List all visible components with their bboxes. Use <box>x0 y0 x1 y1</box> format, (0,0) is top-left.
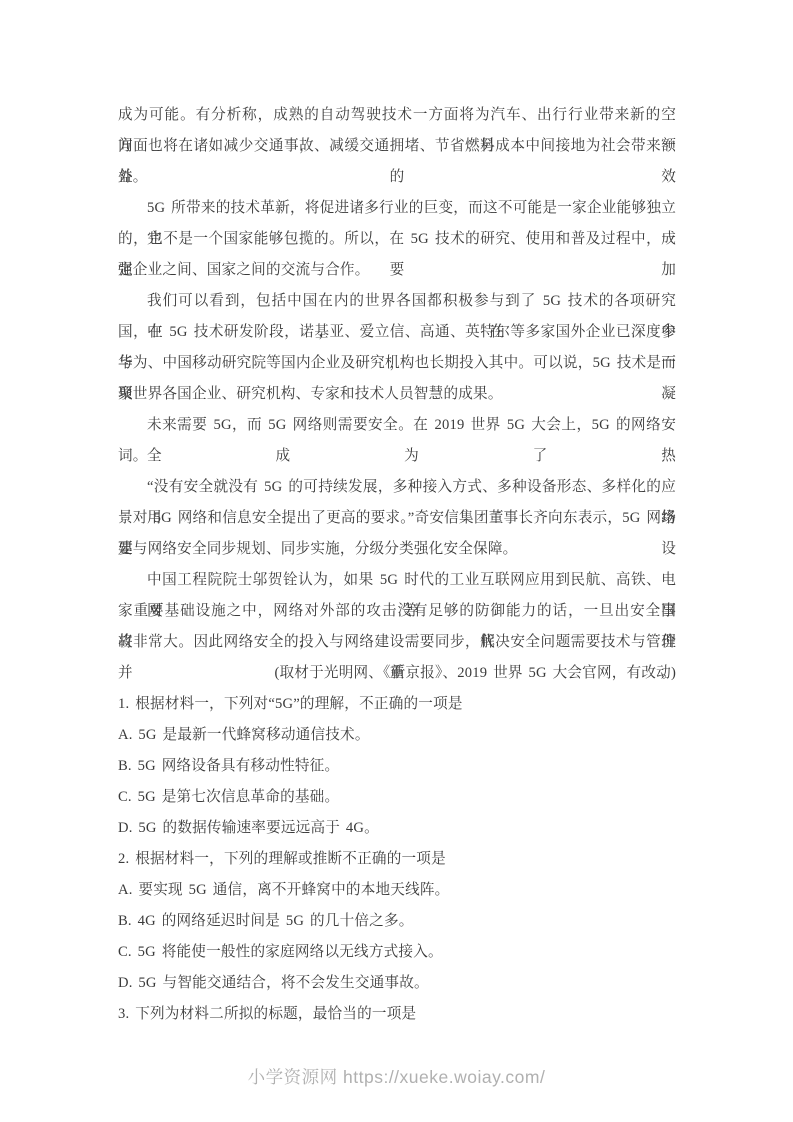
text-line-30: 3. 下列为材料二所拟的标题，最恰当的一项是 <box>118 999 676 1030</box>
text-line-13: “没有安全就没有 5G 的可持续发展，多种接入方式、多种设备形态、多样化的应用场 <box>118 472 676 503</box>
text-line-4: 5G 所带来的技术革新，将促进诸多行业的巨变，而这不可能是一家企业能够独立完成 <box>118 193 676 224</box>
document-body: 成为可能。有分析称，成熟的自动驾驶技术一方面将为汽车、出行行业带来新的空间，另一… <box>118 100 676 1030</box>
text-line-25: 2. 根据材料一，下列的理解或推断不正确的一项是 <box>118 844 676 875</box>
text-line-17: 家重要基础设施之中，网络对外部的攻击没有足够的防御能力的话，一旦出安全事故，代价 <box>118 596 676 627</box>
text-line-22: B. 5G 网络设备具有移动性特征。 <box>118 751 676 782</box>
document-page: 成为可能。有分析称，成熟的自动驾驶技术一方面将为汽车、出行行业带来新的空间，另一… <box>0 0 793 1122</box>
text-line-20: 1. 根据材料一，下列对“5G”的理解，不正确的一项是 <box>118 689 676 720</box>
text-line-9: 华为、中国移动研究院等国内企业及研究机构也长期投入其中。可以说，5G 技术是一项… <box>118 348 676 379</box>
text-line-7: 我们可以看到，包括中国在内的世界各国都积极参与到了 5G 技术的各项研究中，在中 <box>118 286 676 317</box>
text-line-24: D. 5G 的数据传输速率要远远高于 4G。 <box>118 813 676 844</box>
text-line-21: A. 5G 是最新一代蜂窝移动通信技术。 <box>118 720 676 751</box>
text-line-18: 将非常大。因此网络安全的投入与网络建设需要同步，解决安全问题需要技术与管理并重。 <box>118 627 676 658</box>
text-line-1: 成为可能。有分析称，成熟的自动驾驶技术一方面将为汽车、出行行业带来新的空间，另一 <box>118 100 676 131</box>
text-line-14: 景对 5G 网络和信息安全提出了更高的要求。”奇安信集团董事长齐向东表示，5G … <box>118 503 676 534</box>
text-line-27: B. 4G 的网络延迟时间是 5G 的几十倍之多。 <box>118 906 676 937</box>
text-line-28: C. 5G 将能使一般性的家庭网络以无线方式接入。 <box>118 937 676 968</box>
text-line-16: 中国工程院院士邬贺铨认为，如果 5G 时代的工业互联网应用到民航、高铁、电网等国 <box>118 565 676 596</box>
text-line-2: 方面也将在诸如减少交通事故、减缓交通拥堵、节省燃料成本中间接地为社会带来额外的效 <box>118 131 676 162</box>
text-line-29: D. 5G 与智能交通结合，将不会发生交通事故。 <box>118 968 676 999</box>
text-line-11: 未来需要 5G，而 5G 网络则需要安全。在 2019 世界 5G 大会上，5G… <box>118 410 676 441</box>
footer-watermark: 小学资源网 https://xueke.woiay.com/ <box>248 1067 546 1087</box>
text-line-8: 国，在 5G 技术研发阶段，诺基亚、爱立信、高通、英特尔等多家国外企业已深度参与… <box>118 317 676 348</box>
text-line-23: C. 5G 是第七次信息革命的基础。 <box>118 782 676 813</box>
text-line-26: A. 要实现 5G 通信，离不开蜂窝中的本地天线阵。 <box>118 875 676 906</box>
text-line-5: 的，也不是一个国家能够包揽的。所以，在 5G 技术的研究、使用和普及过程中，一定… <box>118 224 676 255</box>
page-footer: 小学资源网 https://xueke.woiay.com/ <box>0 1062 793 1093</box>
